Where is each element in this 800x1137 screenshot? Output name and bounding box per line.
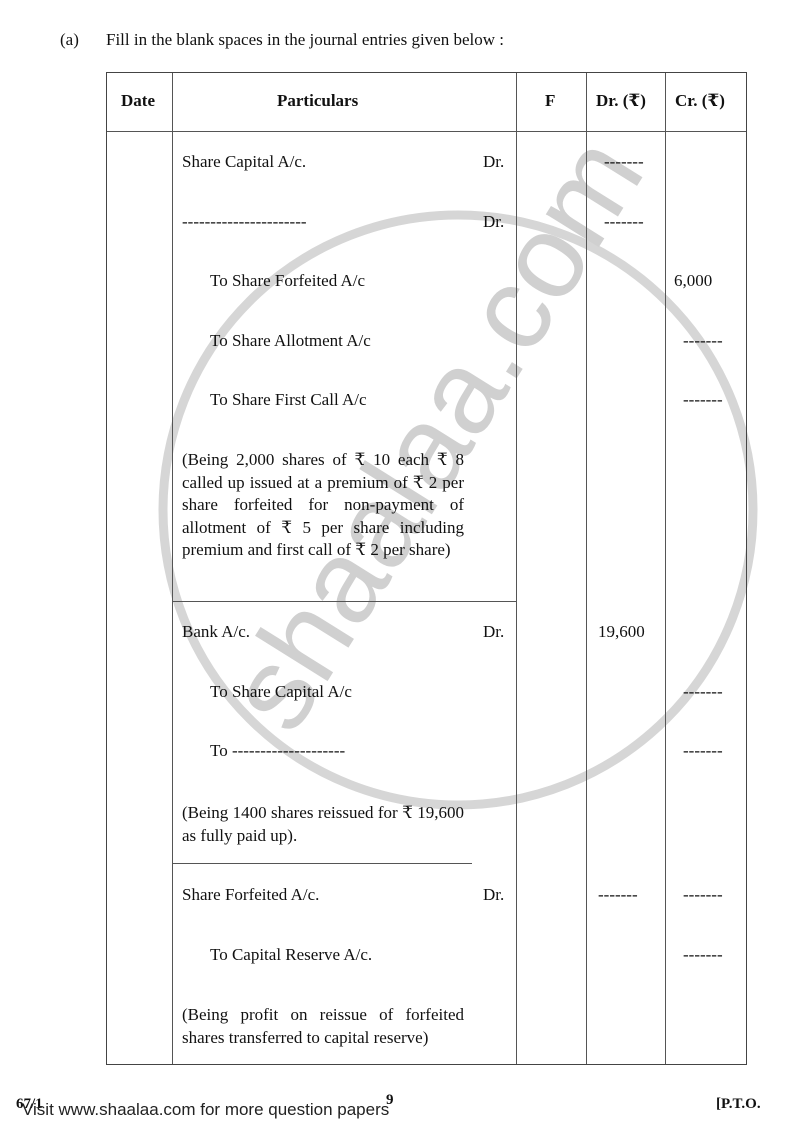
particular-line: Share Forfeited A/c.	[182, 885, 319, 905]
col-divider	[665, 73, 666, 1064]
entry-divider	[172, 863, 472, 864]
credit-amount-blank: -------	[683, 741, 723, 761]
credit-amount-blank: -------	[683, 945, 723, 965]
particular-line: To Share Allotment A/c	[210, 331, 371, 351]
question-text: Fill in the blank spaces in the journal …	[106, 30, 504, 50]
dr-marker: Dr.	[483, 885, 504, 905]
debit-amount-blank: -------	[604, 212, 644, 232]
journal-table: Date Particulars F Dr. (₹) Cr. (₹) Share…	[106, 72, 747, 1065]
col-divider	[586, 73, 587, 1064]
credit-amount-blank: -------	[683, 885, 723, 905]
dr-marker: Dr.	[483, 212, 504, 232]
debit-amount-blank: -------	[604, 152, 644, 172]
debit-amount-blank: -------	[598, 885, 638, 905]
col-divider	[516, 73, 517, 1064]
debit-amount: 19,600	[598, 622, 645, 642]
particular-line: To Capital Reserve A/c.	[210, 945, 372, 965]
header-divider	[107, 131, 746, 132]
particular-line: To Share Capital A/c	[210, 682, 352, 702]
particular-line: To Share Forfeited A/c	[210, 271, 365, 291]
credit-amount: 6,000	[674, 271, 712, 291]
visit-link[interactable]: Visit www.shaalaa.com for more question …	[22, 1100, 389, 1120]
header-particulars: Particulars	[277, 91, 358, 111]
particular-line: Bank A/c.	[182, 622, 250, 642]
credit-amount-blank: -------	[683, 390, 723, 410]
header-date: Date	[121, 91, 155, 111]
header-debit: Dr. (₹)	[596, 91, 646, 111]
credit-amount-blank: -------	[683, 682, 723, 702]
credit-amount-blank: -------	[683, 331, 723, 351]
pto-marker: [P.T.O.	[716, 1096, 761, 1113]
entry-divider	[172, 601, 516, 602]
header-credit: Cr. (₹)	[675, 91, 725, 111]
dr-marker: Dr.	[483, 152, 504, 172]
narration: (Being 1400 shares reissued for ₹ 19,600…	[182, 802, 464, 847]
col-divider	[172, 73, 173, 1064]
particular-line-blank: To --------------------	[210, 741, 345, 761]
question-label: (a)	[60, 30, 79, 50]
header-folio: F	[545, 91, 555, 111]
particular-line-blank: ----------------------	[182, 212, 307, 232]
narration: (Being 2,000 shares of ₹ 10 each ₹ 8 cal…	[182, 449, 464, 562]
particular-line: To Share First Call A/c	[210, 390, 367, 410]
dr-marker: Dr.	[483, 622, 504, 642]
particular-line: Share Capital A/c.	[182, 152, 306, 172]
narration: (Being profit on reissue of forfeited sh…	[182, 1004, 464, 1049]
